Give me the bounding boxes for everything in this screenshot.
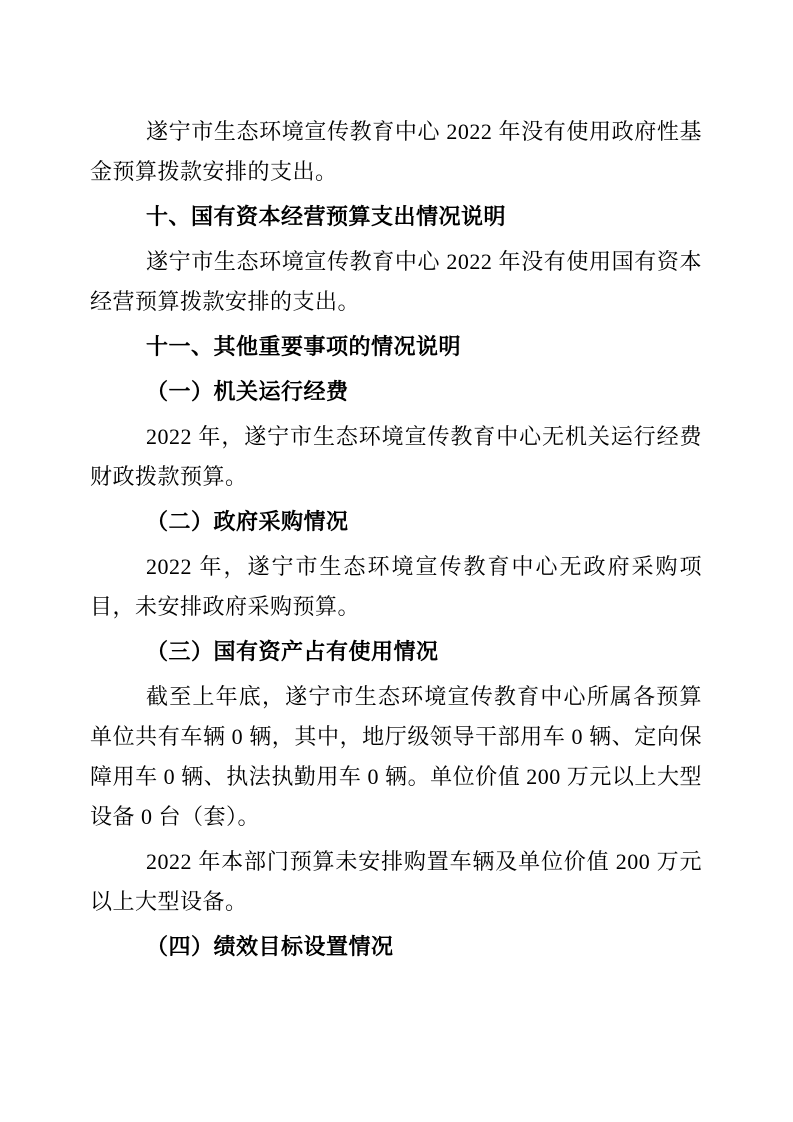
section-heading-other-important-matters: 十一、其他重要事项的情况说明 [90, 327, 702, 367]
subsection-heading-agency-operating-funds: （一）机关运行经费 [90, 372, 702, 412]
paragraph-government-procurement: 2022 年，遂宁市生态环境宣传教育中心无政府采购项目，未安排政府采购预算。 [90, 547, 702, 627]
paragraph-state-assets-vehicles-equipment: 截至上年底，遂宁市生态环境宣传教育中心所属各预算单位共有车辆 0 辆，其中，地厅… [90, 677, 702, 837]
subsection-heading-performance-targets: （四）绩效目标设置情况 [90, 927, 702, 967]
document-body: 遂宁市生态环境宣传教育中心 2022 年没有使用政府性基金预算拨款安排的支出。 … [90, 112, 702, 972]
paragraph-agency-operating-funds: 2022 年，遂宁市生态环境宣传教育中心无机关运行经费财政拨款预算。 [90, 417, 702, 497]
section-heading-state-capital-budget: 十、国有资本经营预算支出情况说明 [90, 197, 702, 237]
subsection-heading-state-assets-usage: （三）国有资产占有使用情况 [90, 632, 702, 672]
paragraph-gov-fund-expenditure: 遂宁市生态环境宣传教育中心 2022 年没有使用政府性基金预算拨款安排的支出。 [90, 112, 702, 192]
paragraph-state-capital-expenditure: 遂宁市生态环境宣传教育中心 2022 年没有使用国有资本经营预算拨款安排的支出。 [90, 242, 702, 322]
paragraph-budget-no-purchases: 2022 年本部门预算未安排购置车辆及单位价值 200 万元以上大型设备。 [90, 842, 702, 922]
subsection-heading-government-procurement: （二）政府采购情况 [90, 502, 702, 542]
document-page: 遂宁市生态环境宣传教育中心 2022 年没有使用政府性基金预算拨款安排的支出。 … [0, 0, 793, 1122]
